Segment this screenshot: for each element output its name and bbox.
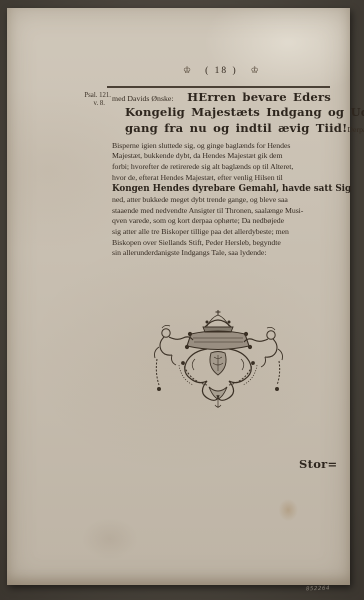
header-rule	[107, 86, 330, 88]
heading-line-1: med Davids Ønske: HErren bevare Eders	[112, 90, 331, 105]
body-line: forbi; hvorefter de retirerede sig alt b…	[112, 162, 331, 173]
body-line: ned, atter bukkede meget dybt trende gan…	[112, 195, 331, 206]
main-text-block: med Davids Ønske: HErren bevare Eders Ko…	[112, 90, 331, 259]
body-line: sig atter alle tre Biskoper tillige paa …	[112, 227, 331, 238]
scan-mount-background: ♔ ( 18 ) ♔ Psal. 121. v. 8. med Davids Ø…	[0, 0, 364, 600]
heading-line-3: gang fra nu og indtil ævig Tiid! Derpaa	[112, 121, 331, 136]
body-paragraph: Bisperne igien sluttede sig, og ginge ba…	[112, 141, 331, 259]
book-page: ♔ ( 18 ) ♔ Psal. 121. v. 8. med Davids Ø…	[7, 8, 350, 585]
body-line: sin allerunderdanigste Indgangs Tale, sa…	[112, 248, 331, 259]
heading-big-2: Kongelig Majestæts Indgang og Ud-	[125, 105, 364, 119]
body-line: Biskopen over Siellands Stift, Peder Her…	[112, 238, 331, 249]
crown-ornament-left-icon: ♔	[183, 65, 192, 76]
margin-scripture-note: Psal. 121. v. 8.	[63, 92, 111, 108]
body-line: staaende med nedvendte Ansigter til Thro…	[112, 206, 331, 217]
body-line: Kongen Hendes dyrebare Gemahl, havde sat…	[112, 183, 331, 195]
body-line: hvor de, efterat Hendes Majestæt, efter …	[112, 173, 331, 184]
scripture-verse: v. 8.	[63, 100, 111, 108]
body-line: Bisperne igien sluttede sig, og ginge ba…	[112, 141, 331, 152]
heading-big-1: HErren bevare Eders	[187, 90, 331, 104]
crown-icon	[203, 310, 233, 332]
pencil-inventory-mark: 852264	[306, 586, 330, 593]
crown-ornament-right-icon: ♔	[251, 65, 260, 76]
body-line: Majestæt, bukkende dybt, da Hendes Majes…	[112, 151, 331, 162]
crown-cushion	[185, 331, 251, 350]
catchword: Stor=	[299, 457, 337, 471]
crown-vignette-engraving	[149, 307, 287, 413]
page-header: ♔ ( 18 ) ♔	[183, 65, 260, 76]
heading-tail-small: Derpaa	[347, 125, 364, 134]
body-line: qven varede, som og kort derpaa ophørte;…	[112, 216, 331, 227]
heading-big-3: gang fra nu og indtil ævig Tiid!	[125, 121, 347, 135]
cartouche-scrollwork	[185, 349, 252, 408]
heading-lead-small: med Davids Ønske:	[112, 94, 174, 103]
page-number: ( 18 )	[205, 66, 238, 76]
scripture-ref: Psal. 121.	[84, 92, 111, 99]
heading-line-2: Kongelig Majestæts Indgang og Ud-	[112, 105, 331, 120]
